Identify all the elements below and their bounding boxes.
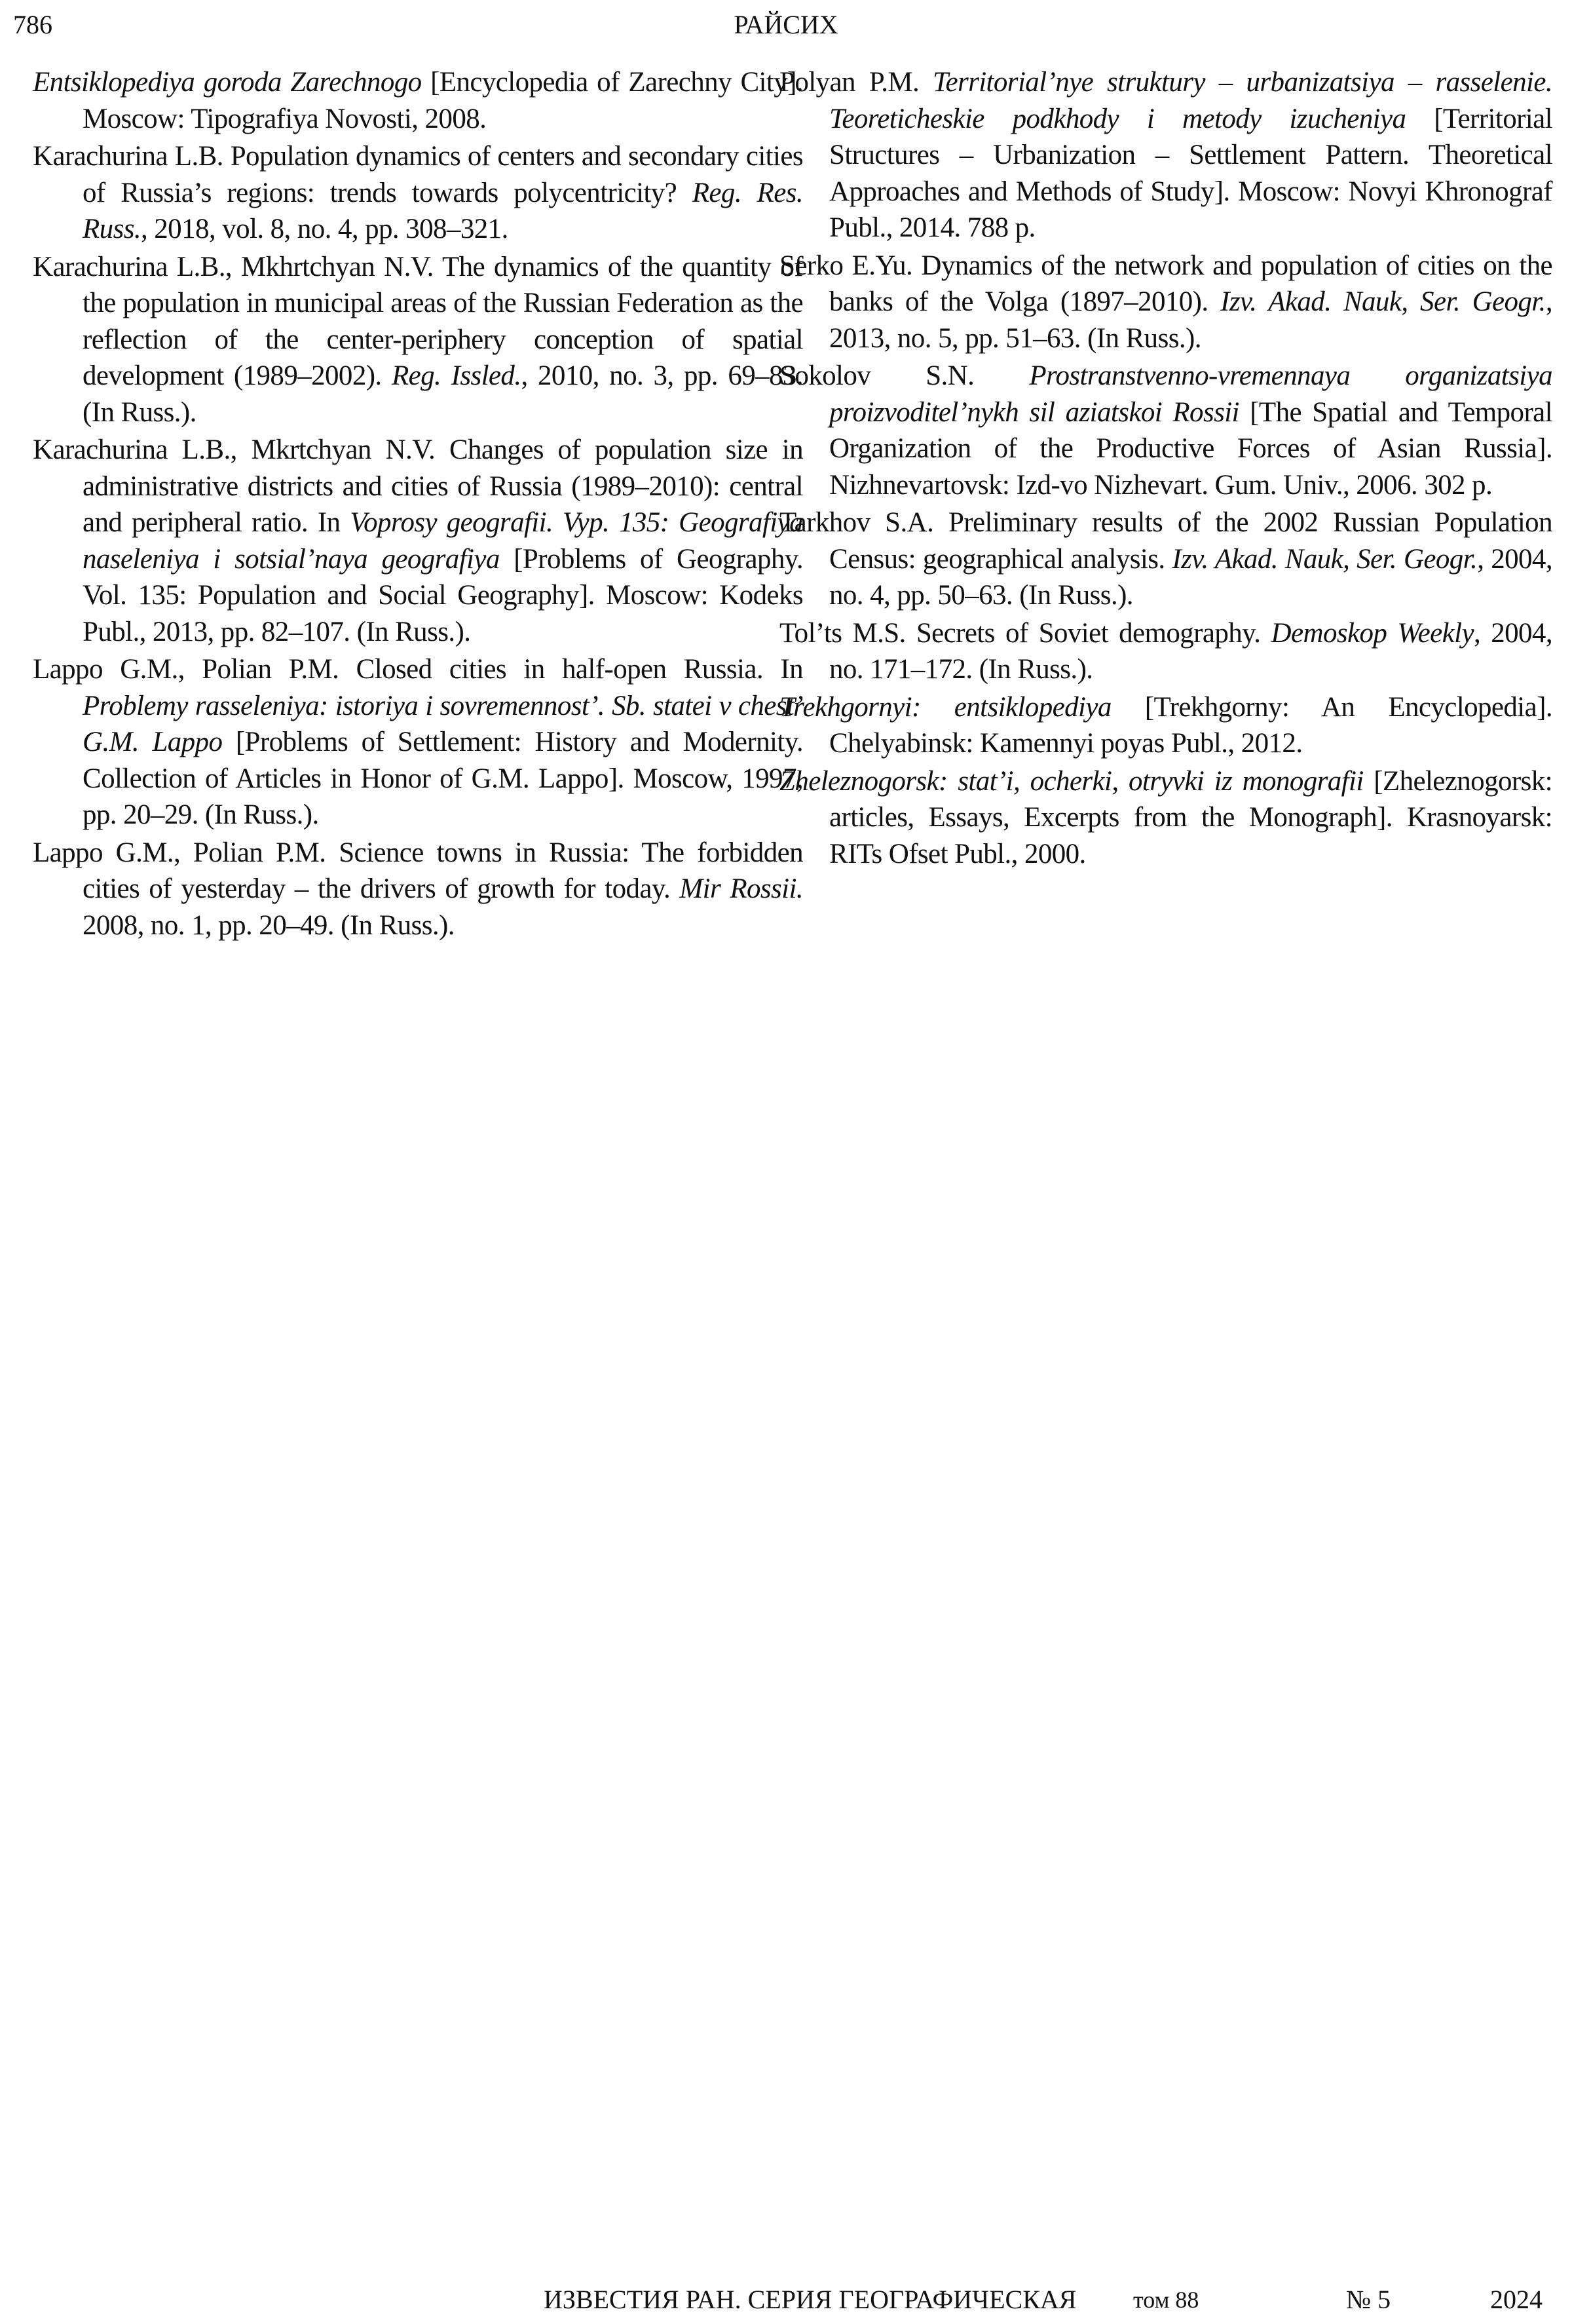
reference-text: Karachurina L.B. Population dynamics of … [33,141,803,208]
reference-entry: Tol’ts M.S. Secrets of Soviet demography… [779,615,1552,688]
reference-text: Tol’ts M.S. Secrets of Soviet demography… [779,618,1271,649]
reference-entry: Karachurina L.B. Population dynamics of … [33,138,803,248]
reference-entry: Karachurina L.B., Mkhrtchyan N.V. The dy… [33,249,803,431]
reference-entry: Lappo G.M., Polian P.M. Closed cities in… [33,651,803,833]
reference-italic-title: Demoskop Weekly [1271,618,1474,649]
reference-italic-title: Izv. Akad. Nauk, Ser. Geogr. [1172,544,1477,575]
reference-entry: Polyan P.M. Territorial’nye struktury – … [779,64,1552,246]
running-title: РАЙСИХ [0,5,1572,45]
reference-entry: Entsiklopediya goroda Zarechnogo [Encycl… [33,64,803,137]
journal-year: 2024 [1490,2280,1543,2319]
reference-text: , 2018, vol. 8, no. 4, pp. 308–321. [141,214,508,244]
references-left-column: Entsiklopediya goroda Zarechnogo [Encycl… [33,64,803,945]
page-footer: ИЗВЕСТИЯ РАН. СЕРИЯ ГЕОГРАФИЧЕСКАЯ том 8… [0,2280,1572,2319]
reference-entry: Karachurina L.B., Mkrtchyan N.V. Changes… [33,432,803,650]
journal-title: ИЗВЕСТИЯ РАН. СЕРИЯ ГЕОГРАФИЧЕСКАЯ [544,2280,1076,2319]
reference-italic-title: Izv. Akad. Nauk, Ser. Geogr. [1220,286,1546,317]
reference-italic-title: Trekhgornyi: entsiklopediya [779,692,1112,723]
reference-text: 2008, no. 1, pp. 20–49. (In Russ.). [83,910,455,941]
reference-entry: Sokolov S.N. Prostranstvenno-vremennaya … [779,358,1552,503]
reference-italic-title: Reg. Issled. [392,360,521,391]
running-head: 786 РАЙСИХ [0,5,1572,45]
journal-volume: том 88 [1133,2280,1199,2319]
reference-italic-title: Entsiklopediya goroda Zarechnogo [33,67,422,98]
reference-entry: Trekhgornyi: entsiklopediya [Trekhgorny:… [779,689,1552,762]
reference-italic-title: Mir Rossii. [679,873,803,904]
reference-italic-title: Zheleznogorsk: stat’i, ocherki, otryvki … [779,766,1364,797]
journal-issue: № 5 [1346,2280,1391,2319]
reference-text: Sokolov S.N. [779,360,1029,391]
reference-text: Polyan P.M. [779,67,933,98]
reference-entry: Zheleznogorsk: stat’i, ocherki, otryvki … [779,763,1552,873]
reference-entry: Tarkhov S.A. Preliminary results of the … [779,505,1552,614]
reference-text: Lappo G.M., Polian P.M. Closed cities in… [33,654,803,685]
reference-entry: Lappo G.M., Polian P.M. Science towns in… [33,835,803,944]
references-right-column: Polyan P.M. Territorial’nye struktury – … [779,64,1552,873]
reference-entry: Serko E.Yu. Dynamics of the network and … [779,248,1552,357]
